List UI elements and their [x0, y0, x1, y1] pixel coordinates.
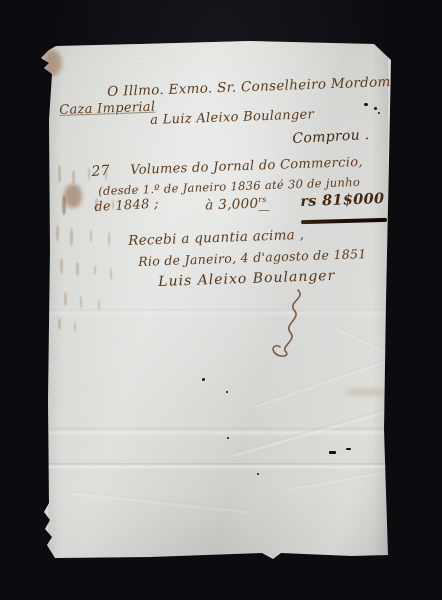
wrinkle — [70, 491, 250, 515]
fold-crease — [49, 309, 386, 316]
wrinkle — [253, 359, 387, 408]
acknowledgement-line: Recebi a quantia acima , — [128, 227, 304, 249]
ink-speck — [202, 378, 205, 381]
fold-crease — [49, 428, 386, 436]
total-amount: rs 81$000 — [300, 190, 385, 210]
separator-dash: — — [258, 203, 270, 217]
fold-crease — [47, 463, 387, 469]
seller-line: a Luiz Aleixo Boulanger — [150, 107, 314, 128]
ink-speck — [364, 103, 368, 106]
wrinkle — [233, 407, 393, 457]
addressee-line-2: Caza Imperial — [59, 100, 156, 118]
photograph-of-document: O Illmo. Exmo. Sr. Conselheiro Mordomo d… — [0, 0, 442, 600]
paper-sheet: O Illmo. Exmo. Sr. Conselheiro Mordomo d… — [0, 0, 442, 600]
signature: Luis Aleixo Boulanger — [158, 268, 336, 290]
ink-speck — [378, 112, 380, 114]
stain — [42, 50, 62, 76]
edge-shading — [372, 44, 388, 556]
ink-speck — [374, 107, 377, 110]
addressee-line-1: O Illmo. Exmo. Sr. Conselheiro Mordomo d… — [107, 73, 421, 100]
ink-speck — [227, 437, 229, 439]
total-underline — [301, 218, 387, 224]
stain — [344, 388, 386, 396]
wrinkle — [332, 325, 397, 358]
item-line: Volumes do Jornal do Commercio, — [130, 155, 363, 178]
signature-flourish — [268, 288, 312, 360]
unit-price-value: à 3,000 — [205, 196, 259, 214]
dateline: Rio de Janeiro, 4 d'agosto de 1851 — [138, 246, 367, 269]
quantity: 27 — [91, 163, 110, 180]
wrinkle — [290, 469, 389, 490]
ink-speck — [329, 451, 336, 454]
ink-speck — [257, 473, 259, 475]
wrinkle — [110, 55, 230, 74]
ink-speck — [226, 391, 228, 393]
stain — [64, 184, 82, 208]
year-line: de 1848 ; — [94, 197, 159, 215]
edge-shading — [48, 44, 62, 558]
action-word: Comprou . — [292, 127, 370, 147]
ink-speck — [346, 448, 351, 450]
